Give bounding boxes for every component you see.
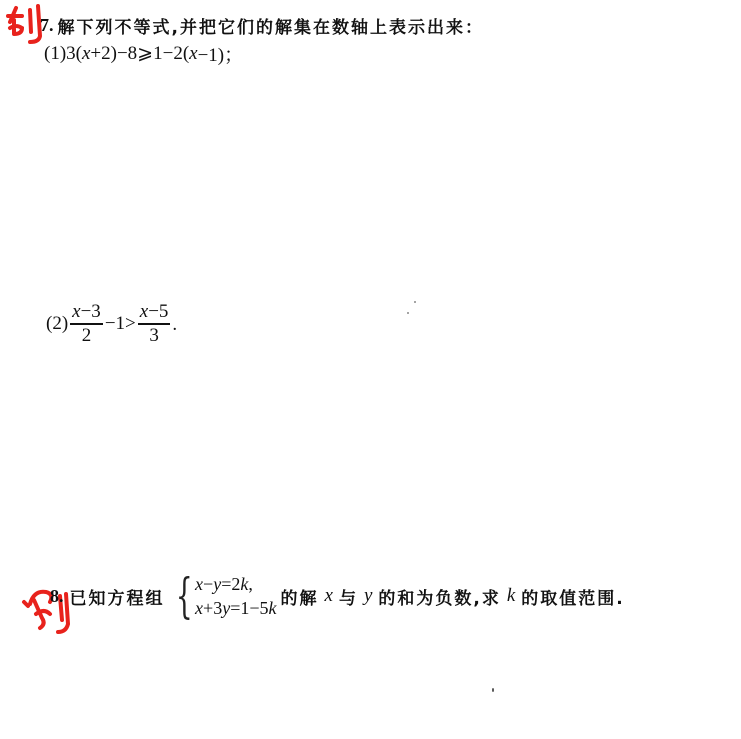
equation-system: { x−y=2k, x+3y=1−5k: [169, 572, 277, 620]
fraction-2-numerator: x−5: [138, 302, 171, 322]
var-y: y: [364, 585, 372, 607]
fraction-1-denominator: 2: [80, 326, 94, 346]
var-k: k: [507, 585, 515, 607]
fraction-2-denominator: 3: [147, 326, 161, 346]
problem-8-text-c: 的和为负数,求: [378, 584, 500, 609]
var-x: x: [82, 43, 90, 65]
problem-7-instruction: 解下列不等式,并把它们的解集在数轴上表示出来：: [58, 13, 484, 38]
fraction-1: x−3 2: [70, 302, 103, 346]
problem-8-text-b: 与: [339, 584, 358, 609]
left-brace-icon: {: [175, 572, 192, 620]
problem-7-part-1: (1) 3( x +2)−8⩾1−2( x −1)；: [44, 40, 243, 67]
fraction-1-numerator: x−3: [70, 302, 103, 322]
scan-speck: [492, 688, 494, 692]
problem-8-text-a: 的解: [281, 584, 319, 609]
scan-speck: [407, 312, 409, 314]
part-1-label: (1): [44, 43, 66, 65]
fraction-2: x−5 3: [138, 302, 171, 346]
part-1-expr-c: −1)；: [198, 40, 244, 67]
problem-7-heading: 7. 解下列不等式,并把它们的解集在数轴上表示出来：: [40, 13, 484, 38]
part-1-expr-a: 3(: [66, 43, 82, 65]
part-1-expr-b: +2)−8⩾1−2(: [90, 42, 189, 65]
part-2-end: .: [172, 314, 177, 336]
part-2-middle: −1>: [105, 313, 136, 335]
problem-8: 8. 已知方程组 { x−y=2k, x+3y=1−5k 的解 x 与 y 的和…: [50, 572, 625, 620]
equation-1: x−y=2k,: [195, 572, 276, 596]
scan-speck: [414, 301, 416, 303]
part-2-label: (2): [46, 313, 68, 335]
problem-8-number: 8.: [50, 586, 64, 607]
problem-7-part-2: (2) x−3 2 −1> x−5 3 .: [46, 302, 177, 346]
problem-8-lead: 已知方程组: [70, 584, 165, 609]
var-x: x: [325, 585, 333, 607]
problem-7-number: 7.: [40, 15, 54, 36]
problem-8-text-d: 的取值范围.: [521, 584, 624, 609]
equation-2: x+3y=1−5k: [195, 596, 276, 620]
var-x: x: [189, 43, 197, 65]
